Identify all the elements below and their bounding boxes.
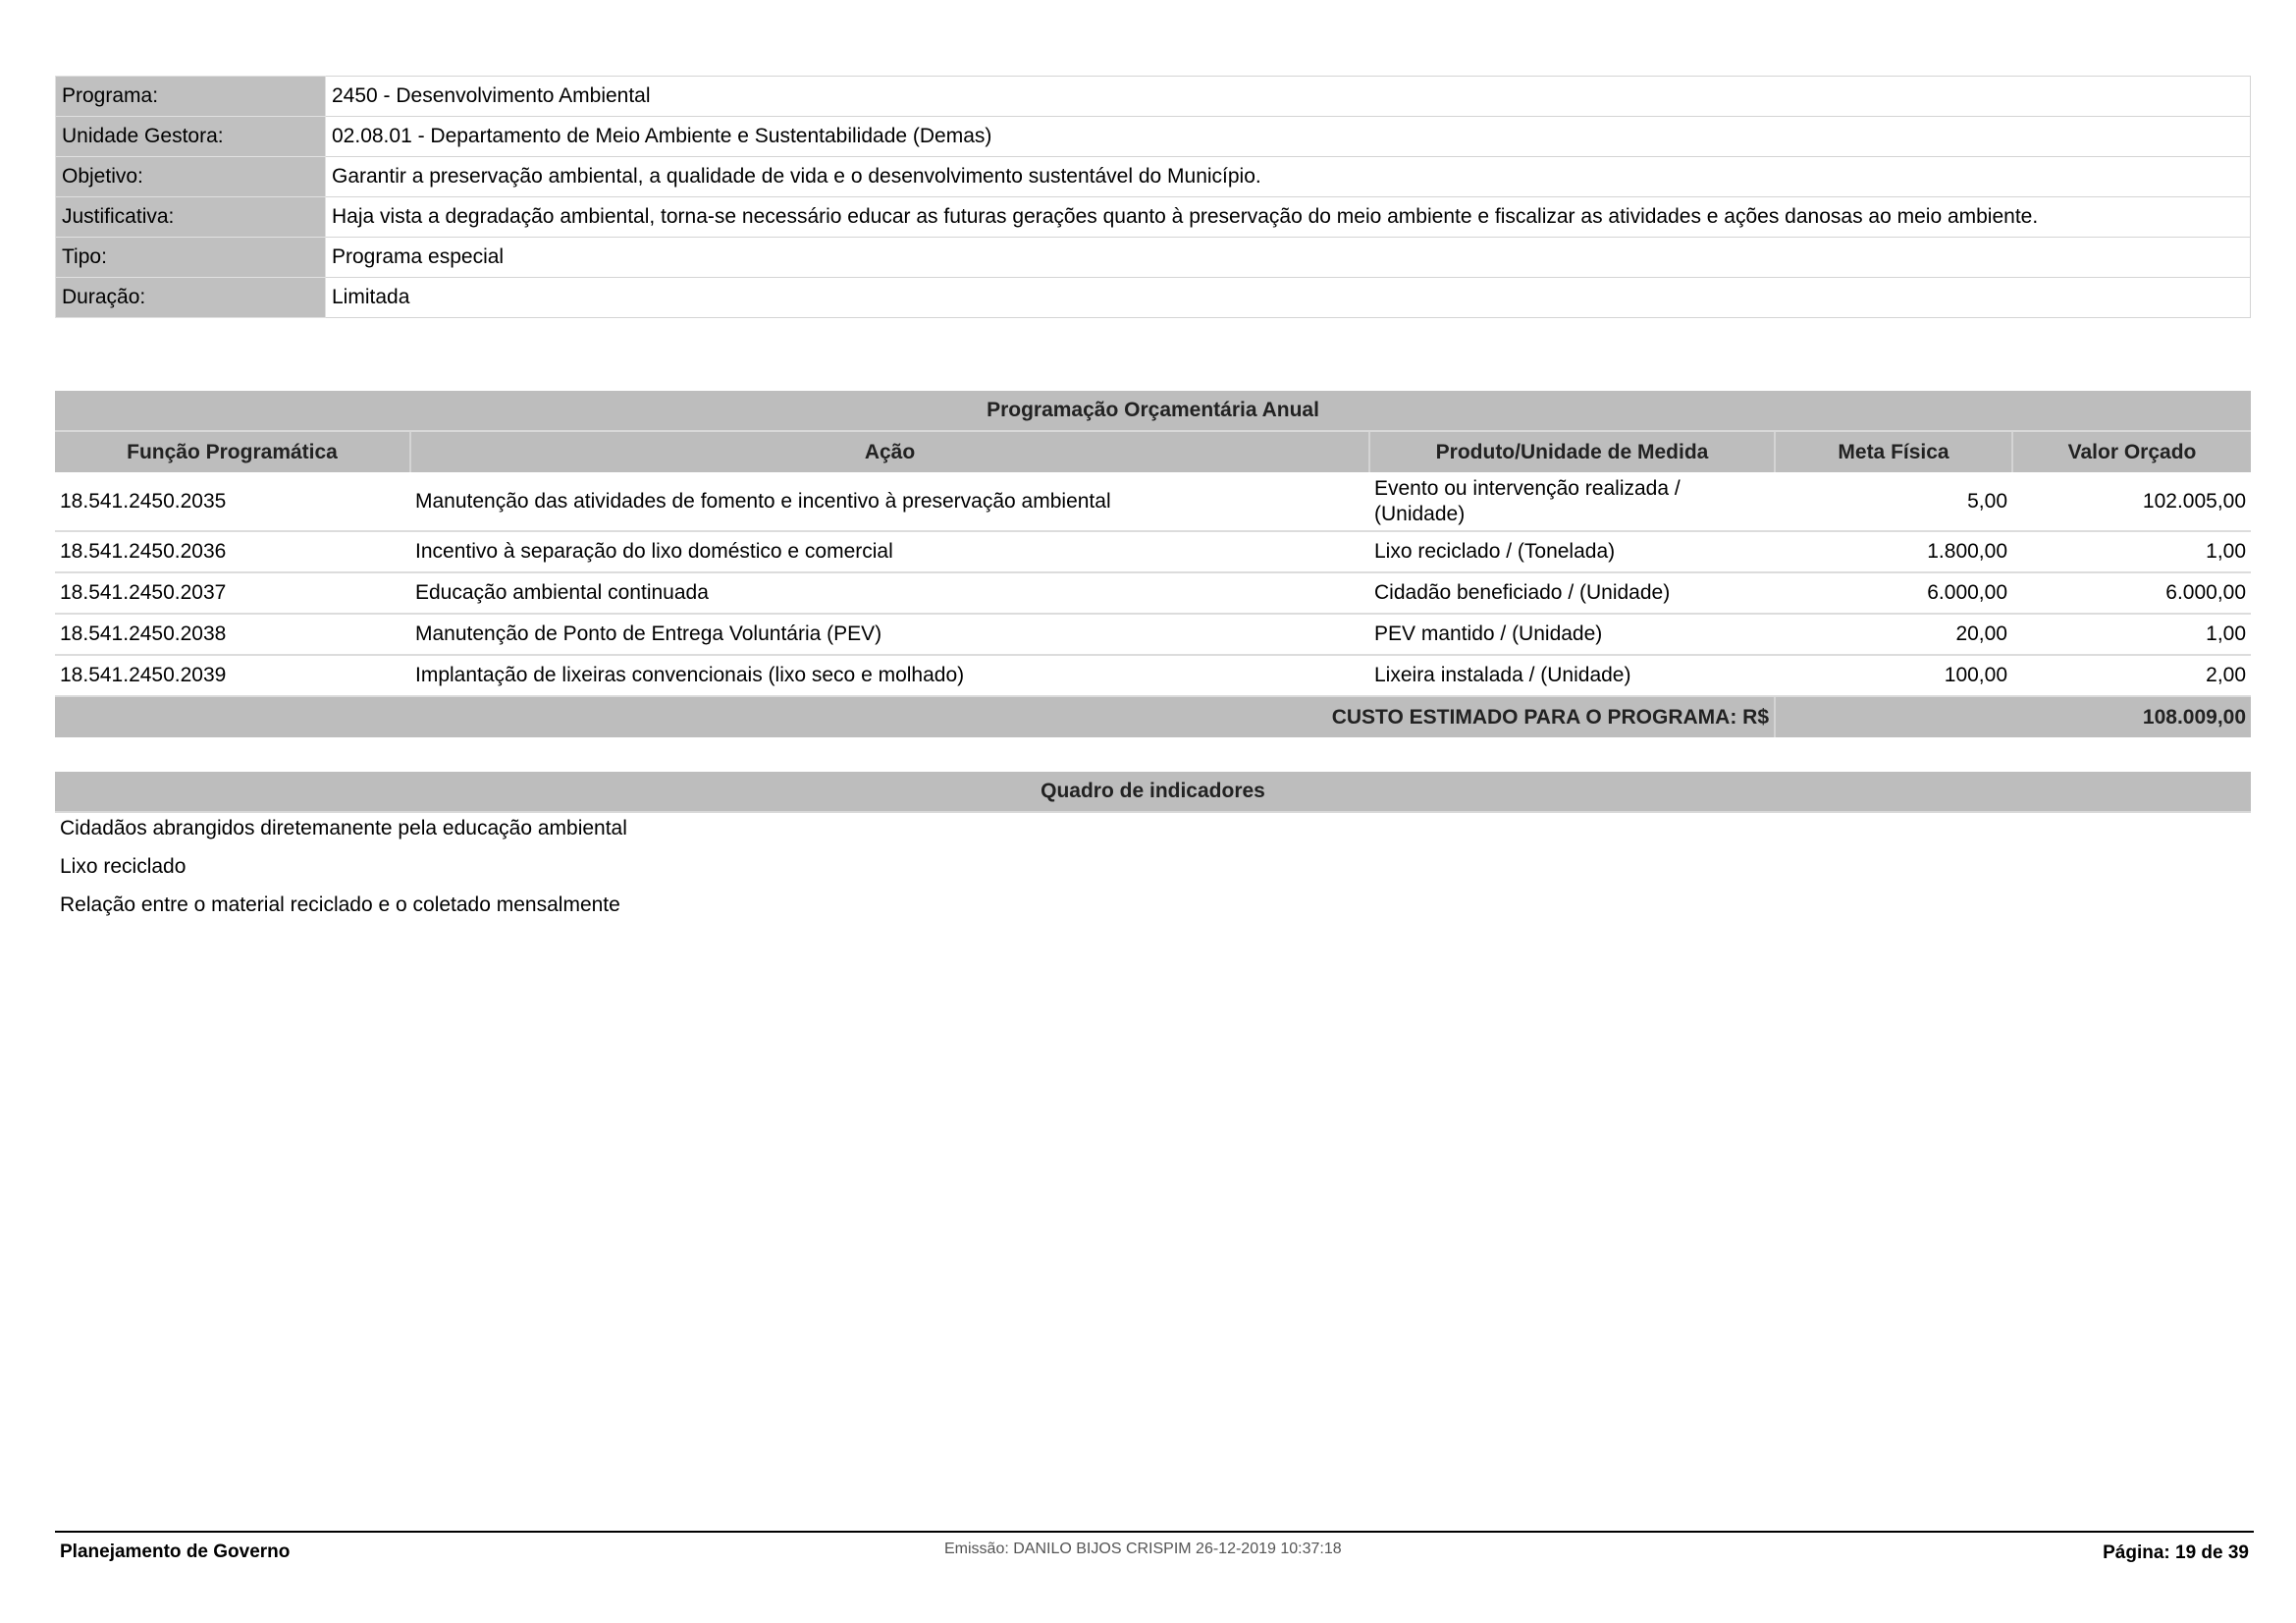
total-spacer bbox=[1775, 696, 2012, 737]
total-label: CUSTO ESTIMADO PARA O PROGRAMA: R$ bbox=[55, 696, 1775, 737]
info-value: Programa especial bbox=[326, 238, 2251, 278]
acao-cell: Manutenção de Ponto de Entrega Voluntári… bbox=[410, 614, 1369, 655]
valor-cell: 102.005,00 bbox=[2012, 472, 2251, 531]
table-row: 18.541.2450.2037 Educação ambiental cont… bbox=[55, 572, 2251, 614]
produto-cell: Cidadão beneficiado / (Unidade) bbox=[1369, 572, 1775, 614]
info-value: Garantir a preservação ambiental, a qual… bbox=[326, 157, 2251, 197]
info-label: Duração: bbox=[56, 278, 326, 318]
budget-table: Programação Orçamentária Anual Função Pr… bbox=[55, 391, 2251, 737]
total-value: 108.009,00 bbox=[2012, 696, 2251, 737]
footer-page-number: Página: 19 de 39 bbox=[2103, 1542, 2249, 1564]
budget-title: Programação Orçamentária Anual bbox=[55, 391, 2251, 431]
info-value: 2450 - Desenvolvimento Ambiental bbox=[326, 77, 2251, 117]
info-row-justificativa: Justificativa:Haja vista a degradação am… bbox=[56, 197, 2251, 238]
info-row-programa: Programa:2450 - Desenvolvimento Ambienta… bbox=[56, 77, 2251, 117]
info-label: Programa: bbox=[56, 77, 326, 117]
info-row-duracao: Duração:Limitada bbox=[56, 278, 2251, 318]
info-row-unidade-gestora: Unidade Gestora:02.08.01 - Departamento … bbox=[56, 117, 2251, 157]
info-label: Objetivo: bbox=[56, 157, 326, 197]
valor-cell: 2,00 bbox=[2012, 655, 2251, 696]
info-value: Limitada bbox=[326, 278, 2251, 318]
footer-report-name: Planejamento de Governo bbox=[60, 1542, 290, 1563]
acao-cell: Educação ambiental continuada bbox=[410, 572, 1369, 614]
valor-cell: 6.000,00 bbox=[2012, 572, 2251, 614]
funcao-cell: 18.541.2450.2039 bbox=[55, 655, 410, 696]
indicators-title: Quadro de indicadores bbox=[55, 772, 2251, 813]
table-row: 18.541.2450.2036 Incentivo à separação d… bbox=[55, 531, 2251, 572]
meta-cell: 1.800,00 bbox=[1775, 531, 2012, 572]
indicator-item: Relação entre o material reciclado e o c… bbox=[60, 893, 620, 917]
produto-cell: Evento ou intervenção realizada / (Unida… bbox=[1369, 472, 1775, 531]
table-row: 18.541.2450.2035 Manutenção das atividad… bbox=[55, 472, 2251, 531]
meta-cell: 5,00 bbox=[1775, 472, 2012, 531]
footer-divider bbox=[55, 1531, 2254, 1533]
info-label: Justificativa: bbox=[56, 197, 326, 238]
table-row: 18.541.2450.2039 Implantação de lixeiras… bbox=[55, 655, 2251, 696]
produto-cell: Lixo reciclado / (Tonelada) bbox=[1369, 531, 1775, 572]
acao-cell: Incentivo à separação do lixo doméstico … bbox=[410, 531, 1369, 572]
funcao-cell: 18.541.2450.2036 bbox=[55, 531, 410, 572]
total-row: CUSTO ESTIMADO PARA O PROGRAMA: R$ 108.0… bbox=[55, 696, 2251, 737]
info-row-objetivo: Objetivo:Garantir a preservação ambienta… bbox=[56, 157, 2251, 197]
column-header-valor: Valor Orçado bbox=[2012, 431, 2251, 472]
meta-cell: 20,00 bbox=[1775, 614, 2012, 655]
produto-cell: Lixeira instalada / (Unidade) bbox=[1369, 655, 1775, 696]
column-header-funcao: Função Programática bbox=[55, 431, 410, 472]
acao-cell: Manutenção das atividades de fomento e i… bbox=[410, 472, 1369, 531]
info-label: Tipo: bbox=[56, 238, 326, 278]
funcao-cell: 18.541.2450.2038 bbox=[55, 614, 410, 655]
program-info-table: Programa:2450 - Desenvolvimento Ambienta… bbox=[55, 76, 2251, 318]
table-row: 18.541.2450.2038 Manutenção de Ponto de … bbox=[55, 614, 2251, 655]
acao-cell: Implantação de lixeiras convencionais (l… bbox=[410, 655, 1369, 696]
column-header-acao: Ação bbox=[410, 431, 1369, 472]
indicator-item: Lixo reciclado bbox=[60, 855, 186, 879]
footer-emission: Emissão: DANILO BIJOS CRISPIM 26-12-2019… bbox=[944, 1541, 1342, 1558]
info-value: 02.08.01 - Departamento de Meio Ambiente… bbox=[326, 117, 2251, 157]
funcao-cell: 18.541.2450.2037 bbox=[55, 572, 410, 614]
produto-cell: PEV mantido / (Unidade) bbox=[1369, 614, 1775, 655]
funcao-cell: 18.541.2450.2035 bbox=[55, 472, 410, 531]
valor-cell: 1,00 bbox=[2012, 614, 2251, 655]
meta-cell: 6.000,00 bbox=[1775, 572, 2012, 614]
info-value: Haja vista a degradação ambiental, torna… bbox=[326, 197, 2251, 238]
info-row-tipo: Tipo:Programa especial bbox=[56, 238, 2251, 278]
valor-cell: 1,00 bbox=[2012, 531, 2251, 572]
indicator-item: Cidadãos abrangidos diretemanente pela e… bbox=[60, 817, 627, 840]
info-label: Unidade Gestora: bbox=[56, 117, 326, 157]
column-header-meta: Meta Física bbox=[1775, 431, 2012, 472]
meta-cell: 100,00 bbox=[1775, 655, 2012, 696]
column-header-produto: Produto/Unidade de Medida bbox=[1369, 431, 1775, 472]
